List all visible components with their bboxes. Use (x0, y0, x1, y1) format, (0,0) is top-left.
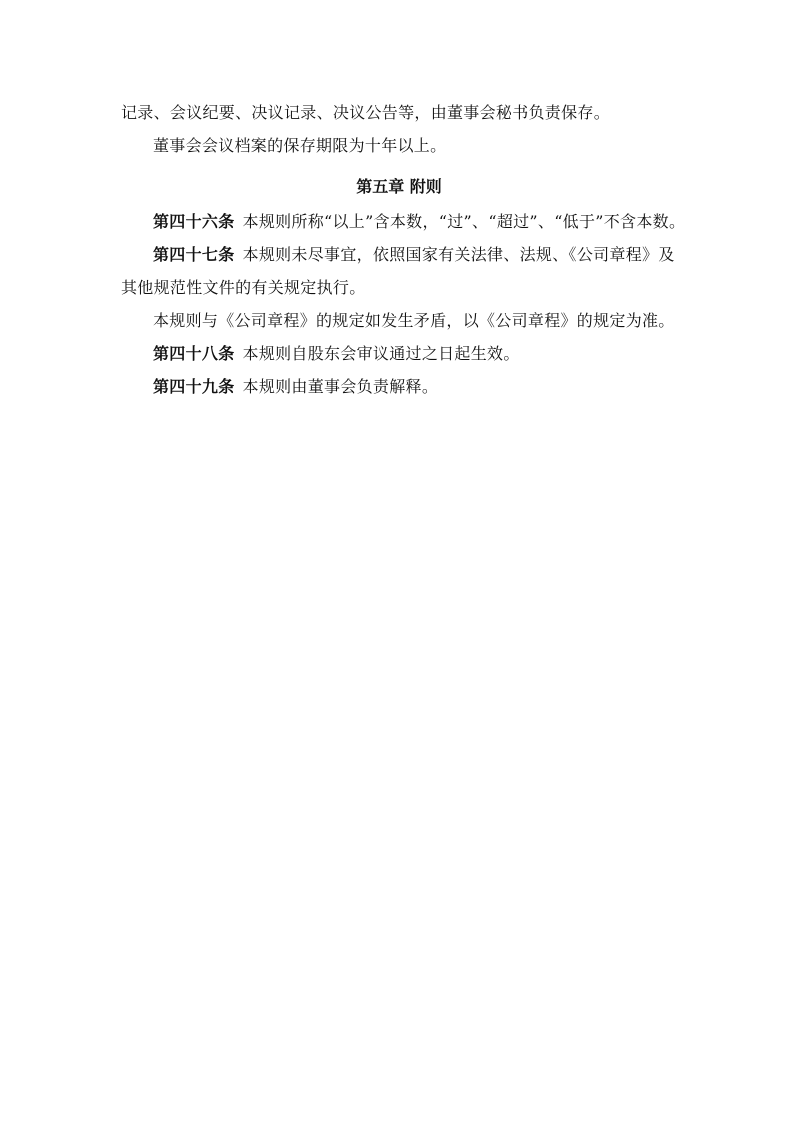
article-label: 第四十七条 (153, 245, 235, 264)
paragraph-continuation: 记录、会议纪要、决议记录、决议公告等，由董事会秘书负责保存。 (121, 96, 677, 129)
article-47: 第四十七条本规则未尽事宜，依照国家有关法律、法规、《公司章程》及其他规范性文件的… (121, 238, 677, 304)
document-page: 记录、会议纪要、决议记录、决议公告等，由董事会秘书负责保存。 董事会会议档案的保… (121, 96, 677, 403)
article-text: 本规则所称“以上”含本数，“过”、“超过”、“低于”不含本数。 (243, 212, 686, 231)
article-text: 本规则由董事会负责解释。 (243, 377, 439, 396)
article-48: 第四十八条本规则自股东会审议通过之日起生效。 (121, 337, 677, 370)
paragraph-archive-period: 董事会会议档案的保存期限为十年以上。 (121, 129, 677, 162)
article-49: 第四十九条本规则由董事会负责解释。 (121, 370, 677, 403)
chapter-heading: 第五章 附则 (121, 170, 677, 203)
article-label: 第四十九条 (153, 377, 235, 396)
article-label: 第四十六条 (153, 212, 235, 231)
article-label: 第四十八条 (153, 344, 235, 363)
paragraph-conflict-rule: 本规则与《公司章程》的规定如发生矛盾，以《公司章程》的规定为准。 (121, 304, 677, 337)
article-46: 第四十六条本规则所称“以上”含本数，“过”、“超过”、“低于”不含本数。 (121, 205, 677, 238)
article-text: 本规则自股东会审议通过之日起生效。 (243, 344, 520, 363)
